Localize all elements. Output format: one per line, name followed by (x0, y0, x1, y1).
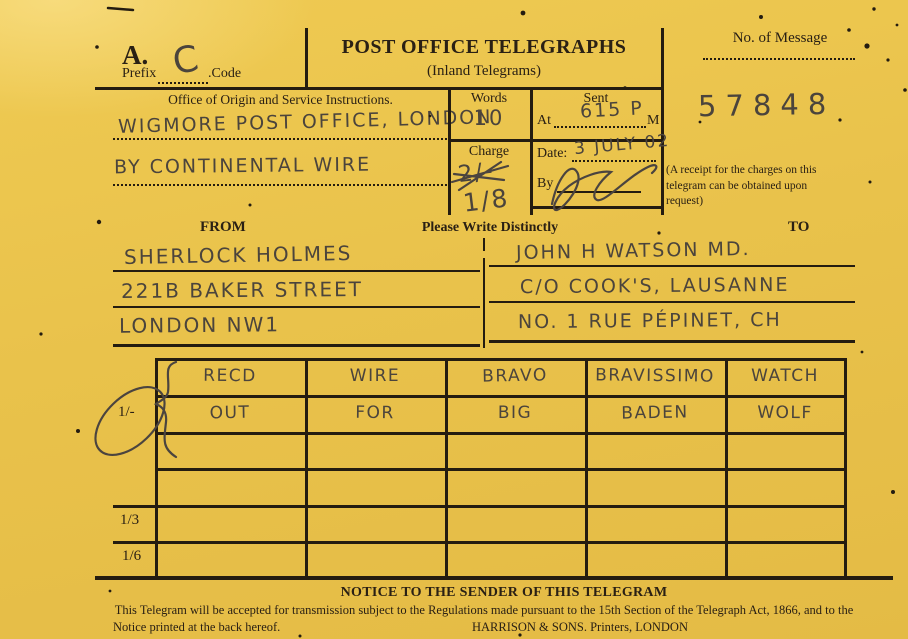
to-rule-3 (489, 340, 855, 343)
to-label: TO (788, 219, 809, 236)
notice-back-note: Notice printed at the back hereof. (113, 620, 280, 635)
charge-crossed-out-value: 2/- (457, 158, 497, 188)
form-subtitle: (Inland Telegrams) (307, 63, 661, 80)
to-line-2: C/O COOK'S, LAUSANNE (520, 274, 790, 298)
from-rule-3 (113, 344, 480, 347)
message-word-cell: BADEN (585, 393, 726, 432)
notice-body: This Telegram will be accepted for trans… (64, 603, 904, 618)
message-word-cell (585, 541, 725, 578)
prefix-code-handwritten: C (170, 38, 204, 83)
from-rule-1 (113, 270, 480, 272)
to-rule-2 (489, 301, 855, 303)
charge-value: 1/8 (461, 183, 510, 217)
sent-date-label: Date: (537, 146, 567, 162)
message-word-cell (155, 541, 305, 578)
sent-by-label: By (537, 176, 553, 192)
scan-edge-mark (108, 8, 133, 10)
from-line-3: LONDON NW1 (119, 312, 280, 337)
message-word-cell (305, 468, 445, 505)
message-word-cell (585, 503, 726, 542)
message-number-label: No. of Message (700, 30, 860, 47)
message-word-cell (445, 467, 586, 506)
code-label: .Code (208, 66, 241, 82)
telegram-form-scan: { "form": { "prefix_section": { "letter"… (0, 0, 908, 639)
message-word-cell (585, 431, 725, 468)
message-word-cell (725, 468, 845, 505)
message-grid: RECDWIREBRAVOBRAVISSIMOWATCHOUTFORBIGBAD… (155, 358, 845, 578)
from-line-1: SHERLOCK HOLMES (124, 241, 353, 269)
tariff-row6-label: 1/6 (122, 548, 141, 565)
signature-scrawl (552, 165, 656, 210)
message-word-cell: RECD (155, 357, 305, 395)
message-word-cell: WOLF (725, 394, 845, 432)
sent-date-dotted-line (572, 160, 656, 162)
message-word-cell (585, 467, 725, 505)
message-word-cell (725, 504, 845, 542)
to-rule-1 (489, 265, 855, 267)
tariff-circled-label: 1/- (118, 404, 135, 421)
from-line-2: 221B BAKER STREET (121, 277, 363, 303)
origin-line-1: WIGMORE POST OFFICE, LONDON (118, 106, 493, 138)
origin-line-2: BY CONTINENTAL WIRE (114, 154, 371, 179)
from-rule-2 (113, 306, 480, 308)
form-title: POST OFFICE TELEGRAPHS (307, 36, 661, 59)
message-number-dotted-line (703, 58, 855, 60)
from-to-divider-rule (483, 258, 485, 348)
header-bottom-rule (95, 87, 662, 90)
message-word-cell: BRAVO (445, 357, 586, 396)
write-distinctly-label: Please Write Distinctly (390, 220, 590, 236)
message-word-cell (155, 431, 305, 468)
to-line-1: JOHN H WATSON MD. (516, 238, 751, 264)
message-word-cell (725, 540, 846, 579)
message-word-cell (305, 504, 445, 542)
sent-box-bottom-rule (530, 206, 662, 209)
words-value: 10 (448, 106, 530, 130)
words-label: Words (448, 91, 530, 107)
message-word-cell: FOR (305, 394, 445, 432)
prefix-dotted-line (158, 82, 208, 84)
receipt-note: (A receipt for the charges on this teleg… (666, 163, 844, 210)
message-word-cell (305, 430, 446, 469)
sent-date-value: 3 JULY 02 (573, 131, 671, 159)
message-word-cell (725, 430, 846, 469)
message-word-cell: BRAVISSIMO (585, 357, 725, 395)
origin-dotted-line-2 (113, 184, 451, 186)
notice-heading: NOTICE TO THE SENDER OF THIS TELEGRAM (104, 585, 904, 601)
message-number-value: 57848 (698, 87, 836, 123)
origin-label: Office of Origin and Service Instruction… (113, 92, 448, 108)
from-label: FROM (200, 219, 246, 236)
message-word-cell (305, 540, 446, 579)
sent-at-dotted-line (554, 126, 646, 128)
message-word-cell (445, 541, 585, 579)
header-divider-right (661, 28, 664, 215)
message-word-cell (445, 431, 585, 469)
tariff-row5-label: 1/3 (120, 512, 139, 529)
sent-by-line (557, 191, 641, 193)
message-word-cell (155, 467, 305, 505)
to-line-3: NO. 1 RUE PÉPINET, CH (518, 309, 782, 333)
message-word-cell (155, 503, 306, 542)
message-word-cell (445, 505, 585, 542)
notice-printer: HARRISON & SONS. Printers, LONDON (455, 620, 705, 635)
center-tick-rule (483, 238, 485, 251)
message-word-cell: BIG (445, 395, 585, 432)
message-word-cell: WIRE (305, 358, 445, 395)
prefix-label: Prefix (122, 66, 156, 82)
origin-dotted-line-1 (113, 138, 451, 140)
message-word-cell: OUT (155, 393, 306, 432)
sent-at-label: At (537, 113, 551, 129)
message-word-cell: WATCH (725, 358, 845, 395)
sent-at-suffix: M (647, 113, 659, 129)
sent-at-value: 615 P (579, 97, 644, 122)
